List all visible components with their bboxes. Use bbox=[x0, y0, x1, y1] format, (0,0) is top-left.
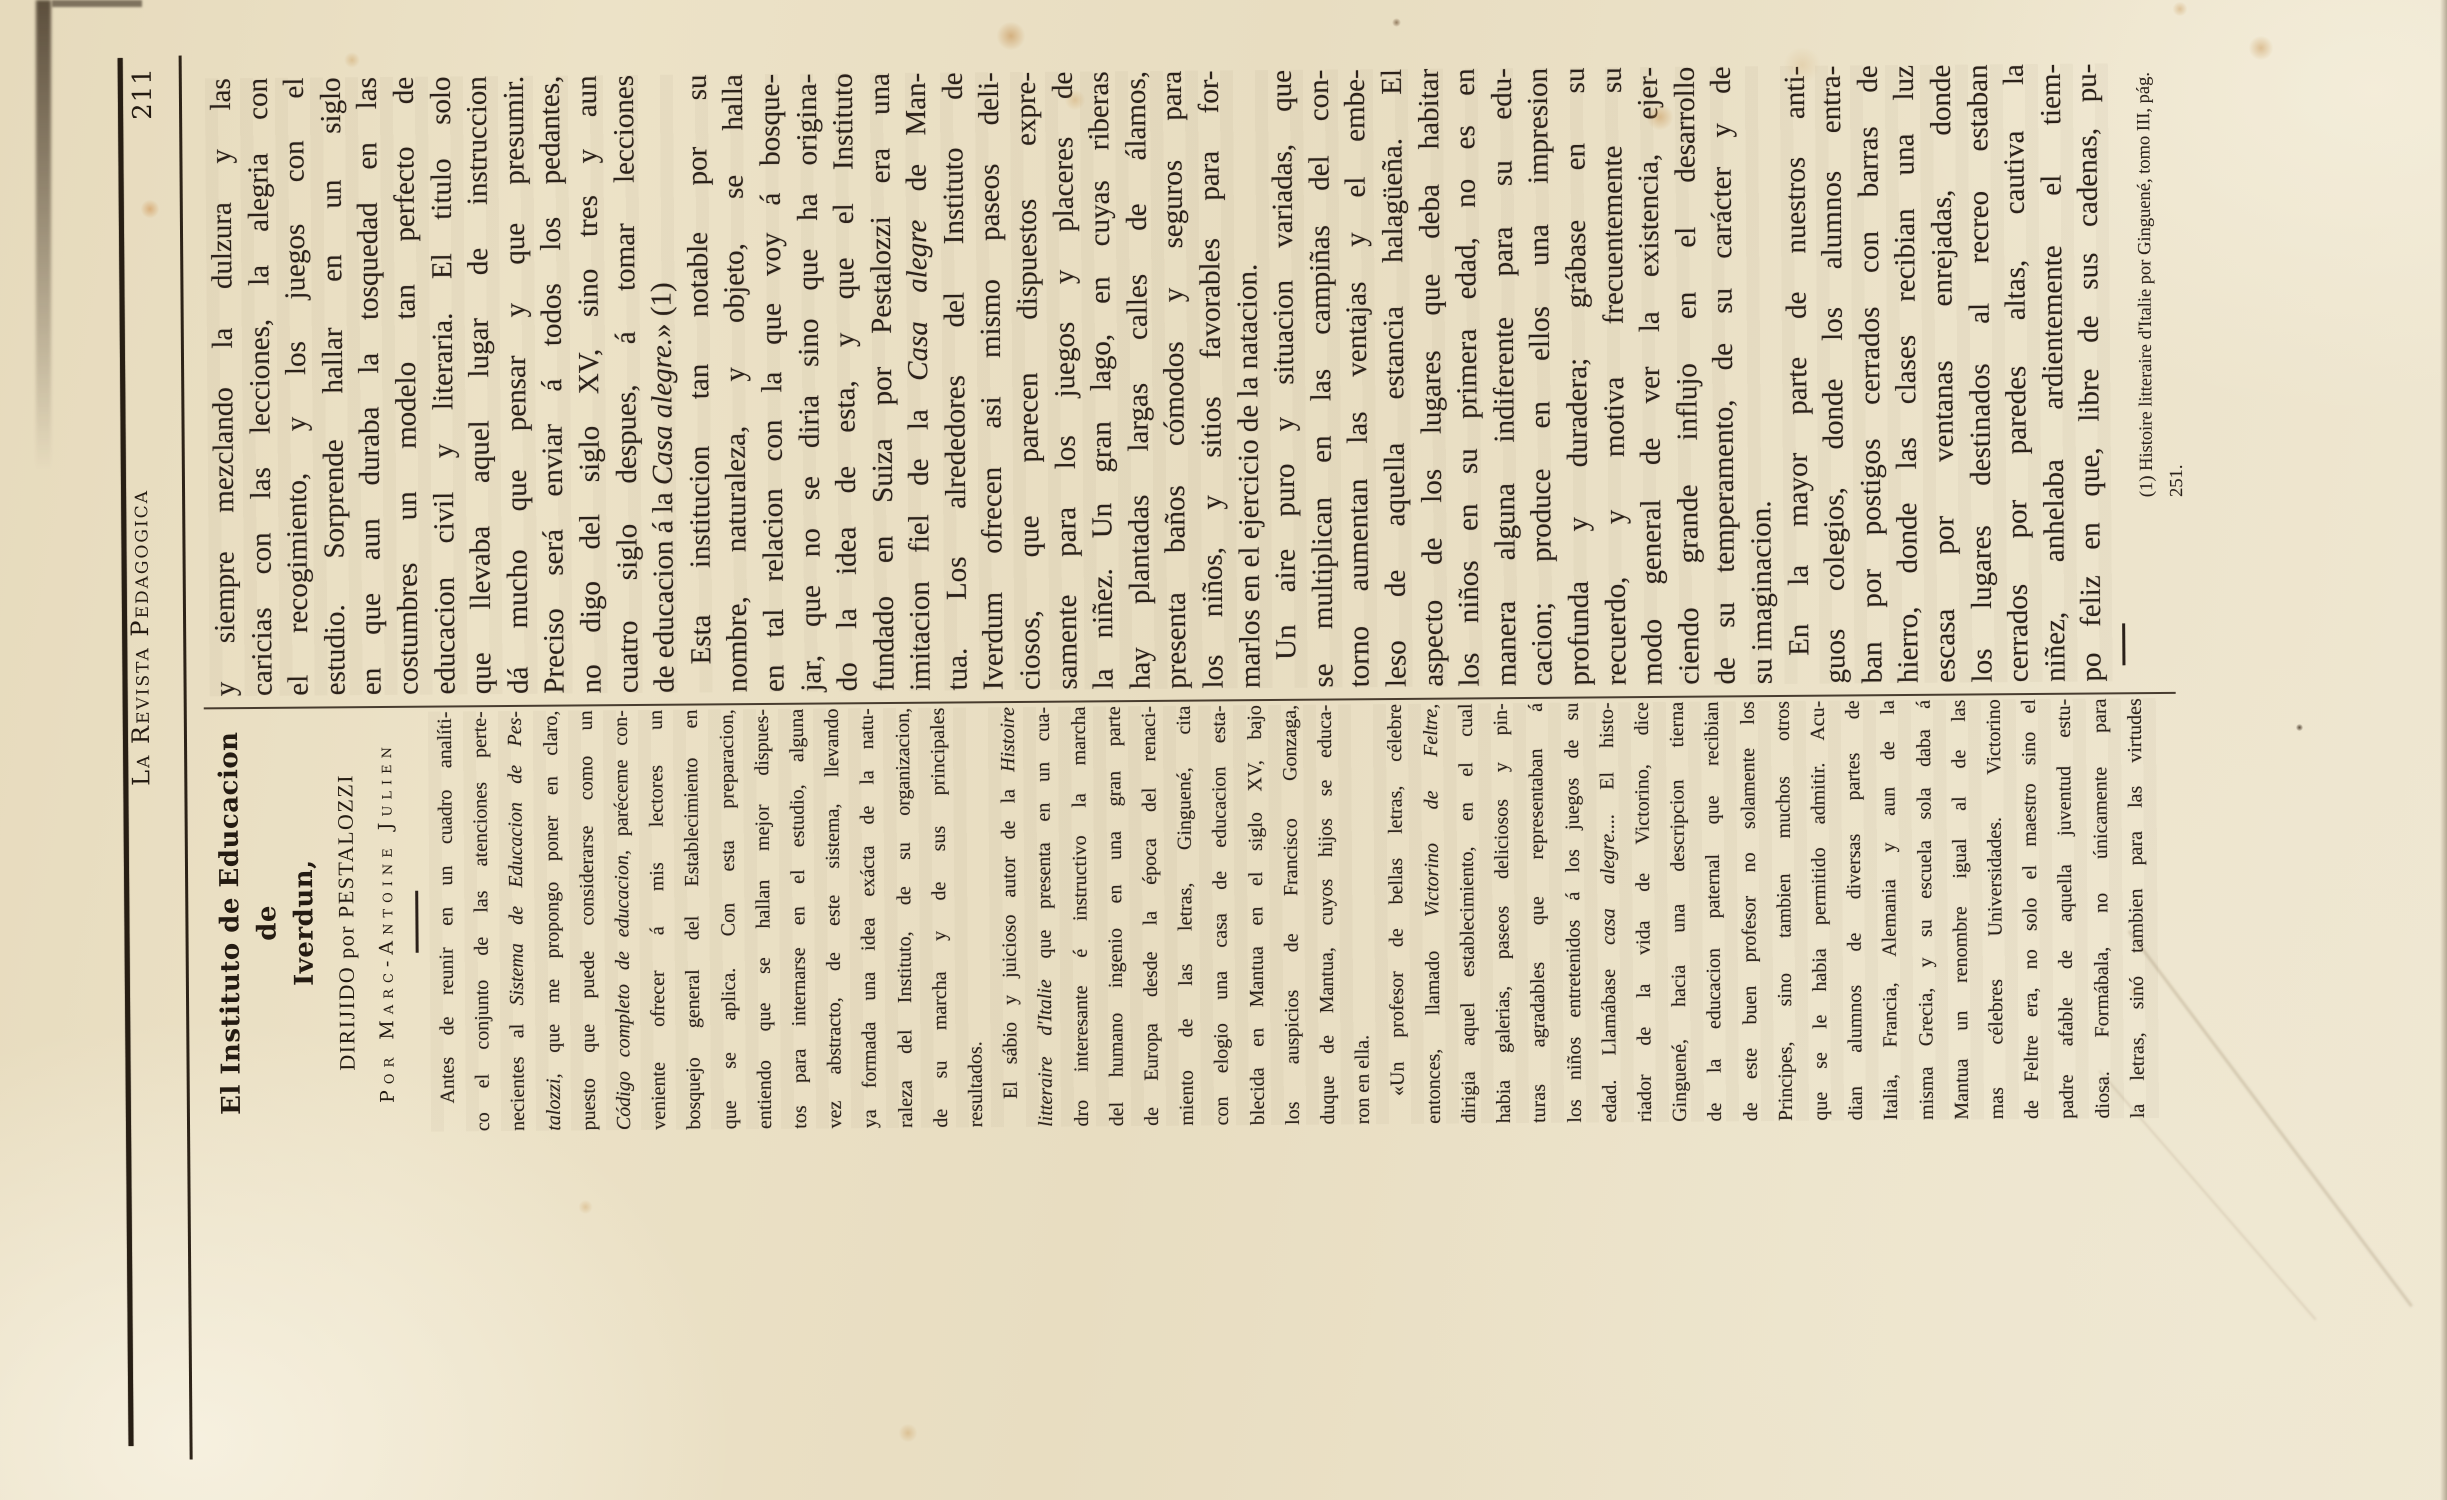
text-line: do la idea de esta, y que el Instituto bbox=[825, 73, 866, 691]
text-line: de su marcha y de sus principales bbox=[921, 707, 960, 1127]
text-line: estudio. Sorprende hallar en un siglo bbox=[313, 77, 354, 695]
text-line: Preciso será enviar á todos los pedantes… bbox=[532, 76, 573, 694]
text-line: puesto que puede considerarse como un bbox=[569, 710, 608, 1130]
right-column-lines: y siempre mezclando la dulzura y lascari… bbox=[203, 63, 2111, 696]
text-line: de Feltre era, no solo el maestro sino e… bbox=[2012, 699, 2051, 1119]
text-line: En la mayor parte de nuestros anti- bbox=[1776, 66, 1817, 684]
text-line: ciosos, que parecen dispuestos expre- bbox=[1008, 72, 1049, 690]
text-line: blecida en Mantua en el siglo XV, bajo bbox=[1237, 705, 1276, 1125]
text-line: se multiplican en las campiñas del con- bbox=[1301, 69, 1342, 687]
page-number: 211 bbox=[128, 67, 158, 120]
text-line: de la educacion paternal que recibian bbox=[1695, 701, 1734, 1121]
text-line: recuerdo, y motiva frecuentemente su bbox=[1593, 67, 1634, 685]
text-line: del humano ingenio en una gran parte bbox=[1097, 706, 1136, 1126]
text-line: cerrados por paredes altas, cautiva la bbox=[1996, 64, 2037, 682]
text-line: los niños entretenidos á los juegos de s… bbox=[1554, 703, 1593, 1123]
text-line: duque de Mantua, cuyos hijos se educa- bbox=[1308, 704, 1347, 1124]
text-line: dian alumnos de diversas partes de bbox=[1836, 700, 1875, 1120]
text-line: Principes, sino tambien muchos otros bbox=[1765, 701, 1804, 1121]
scanned-page: La Revista Pedagogica 211 El Instituto d… bbox=[0, 0, 2447, 1500]
text-line: el recogimiento, y los juegos con el bbox=[276, 78, 317, 696]
text-line: con elogio una casa de educacion esta- bbox=[1202, 705, 1241, 1125]
text-line: profunda y duradera; grábase en su bbox=[1557, 67, 1598, 685]
text-line: vez abstracto, de este sistema, llevando bbox=[815, 708, 854, 1128]
text-line: de Europa desde la época del renaci- bbox=[1132, 706, 1171, 1126]
text-line: caricias con las lecciones, la alegria c… bbox=[239, 78, 280, 696]
text-line: bosquejo general del Establecimiento en bbox=[674, 709, 713, 1129]
text-line: que se aplica. Con esta preparacion, bbox=[709, 709, 748, 1129]
text-line: hierro, donde las clases recibian una lu… bbox=[1886, 65, 1927, 683]
article-title-line1: El Instituto de Educacion de bbox=[211, 713, 288, 1134]
text-line: Código completo de educacion, paréceme c… bbox=[604, 710, 643, 1130]
text-line: co el conjunto de las atenciones perte- bbox=[463, 711, 502, 1131]
text-line: ya formada una idea exácta de la natu- bbox=[850, 708, 889, 1128]
text-line: Un aire puro y situacion variadas, que bbox=[1264, 70, 1305, 688]
text-line: de su temperamento, de su carácter y de bbox=[1703, 66, 1744, 684]
text-line: habia galerias, paseos deliciosos y pin- bbox=[1484, 703, 1523, 1123]
text-line: Ginguené, hacia una descripcion tierna bbox=[1660, 702, 1699, 1122]
text-line: Esta institucion tan notable por su bbox=[679, 74, 720, 692]
text-line: dro interesante é instructivo la marcha bbox=[1061, 706, 1100, 1126]
text-line: entonces, llamado Victorino de Feltre, bbox=[1413, 704, 1452, 1124]
text-line: «Un profesor de bellas letras, célebre bbox=[1378, 704, 1417, 1124]
text-line: cacion; produce en ellos una impresion bbox=[1520, 68, 1561, 686]
text-line: turas agradables que representaban á bbox=[1519, 703, 1558, 1123]
text-line: samente para los juegos y placeres de bbox=[1044, 71, 1085, 689]
text-line: riador de la vida de Victorino, dice bbox=[1625, 702, 1664, 1122]
text-line: misma Grecia, y su escuela sola daba á bbox=[1906, 700, 1945, 1120]
journal-title: La Revista Pedagogica bbox=[125, 466, 156, 786]
page-edge-shadow-right bbox=[2440, 0, 2447, 1500]
text-line: niñez, anhelaba ardientemente el tiem- bbox=[2032, 64, 2073, 682]
page-edge-shadow-top bbox=[52, 0, 142, 7]
text-line: ron en ella. bbox=[1343, 704, 1382, 1124]
text-line: nombre, naturaleza, y objeto, se halla bbox=[715, 74, 756, 692]
text-line: y siempre mezclando la dulzura y las bbox=[203, 78, 244, 696]
text-line: Iverdum ofrecen asi mismo paseos deli- bbox=[971, 72, 1012, 690]
text-line: costumbres un modelo tan perfecto de bbox=[386, 77, 427, 695]
text-line: raleza del Instituto, de su organizacion… bbox=[885, 708, 924, 1128]
text-line: cuatro siglo despues, á tomar lecciones bbox=[605, 75, 646, 693]
text-line: resultados. bbox=[956, 707, 995, 1127]
text-line: leso de aquella estancia halagüeña. El bbox=[1374, 69, 1415, 687]
text-line: en tal relacion con la que voy á bosque- bbox=[752, 74, 793, 692]
text-line: tua. Los alrededores del Instituto de bbox=[935, 72, 976, 690]
text-line: El sábio y juicioso autor de la Histoire bbox=[991, 707, 1030, 1127]
text-line: aspecto de los lugares que deba habitar bbox=[1410, 69, 1451, 687]
article-title-line2: Iverdun, bbox=[285, 712, 325, 1132]
text-line: litteraire d'Italie que presenta en un c… bbox=[1026, 707, 1065, 1127]
text-line: talozzi, que me propongo poner en claro, bbox=[533, 711, 572, 1131]
text-line: presenta baños cómodos y seguros para bbox=[1154, 71, 1195, 689]
text-line: fundado en Suiza por Pestalozzi era una bbox=[861, 73, 902, 691]
text-line: padre afable de aquella juventud estu- bbox=[2047, 699, 2086, 1119]
footnote: (1) Histoire litteraire d'Italie por Gin… bbox=[2129, 63, 2192, 497]
text-line: dirigia aquel establecimiento, en el cua… bbox=[1449, 703, 1488, 1123]
text-line: la letras, sinó tambien para las virtude… bbox=[2117, 698, 2156, 1118]
text-line: Antes de reunir en un cuadro analíti- bbox=[428, 711, 467, 1131]
text-line: no digo del siglo XV, sino tres y aun bbox=[569, 75, 610, 693]
text-line: veniente ofrecer á mis lectores un bbox=[639, 710, 678, 1130]
text-line: Mantua un renombre igual al de las bbox=[1941, 699, 1980, 1119]
text-line: marlos en el ejercicio de la natacion. bbox=[1227, 70, 1268, 688]
text-line: imitacion fiel de la Casa alegre de Man- bbox=[898, 73, 939, 691]
text-line: torno aumentan las ventajas y el embe- bbox=[1337, 69, 1378, 687]
text-line: los lugares destinados al recreo estaban bbox=[1959, 64, 2000, 682]
text-line: mas célebres Universidades. Victorino bbox=[1977, 699, 2016, 1119]
text-line: que llevaba aquel lugar de instruccion bbox=[459, 76, 500, 694]
text-line: los niños, y sitios favorables para for- bbox=[1191, 70, 1232, 688]
text-line: los niños en su primera edad, no es en bbox=[1447, 68, 1488, 686]
scanned-document: { "colors": { "paper": "#eadfc5", "ink":… bbox=[0, 0, 2447, 1500]
text-line: edad. Llamábase casa alegre.... El histo… bbox=[1589, 702, 1628, 1122]
text-line: escasa por ventanas enrejadas, donde bbox=[1923, 65, 1964, 683]
article-byline: Por Marc-Antoine Julien bbox=[374, 712, 399, 1132]
right-column: y siempre mezclando la dulzura y lascari… bbox=[203, 63, 2194, 697]
text-line: dá mucho que pensar y que presumir. bbox=[496, 76, 537, 694]
text-line: jar, que no se diria sino que ha origina… bbox=[788, 74, 829, 692]
text-line: modo general de ver la existencia, ejer- bbox=[1630, 67, 1671, 685]
text-line: tos para internarse en el estudio, algun… bbox=[780, 709, 819, 1129]
text-line: necientes al Sistema de Educacion de Pes… bbox=[498, 711, 537, 1131]
left-column: Antes de reunir en un cuadro analíti-co … bbox=[428, 698, 2156, 1132]
text-line: de educacion á la Casa alegre.» (1) bbox=[642, 75, 683, 693]
text-line: en que aun duraba la tosquedad en las bbox=[349, 77, 390, 695]
text-line: de este buen profesor no solamente los bbox=[1730, 701, 1769, 1121]
page-edge-shadow-left bbox=[36, 0, 51, 470]
text-line: que se le habia permitido admitir. Acu- bbox=[1801, 701, 1840, 1121]
text-line: ban por postigos cerrados con barras de bbox=[1849, 65, 1890, 683]
title-rule bbox=[415, 891, 418, 953]
text-line: manera alguna indiferente para su edu- bbox=[1484, 68, 1525, 686]
article-title-block: El Instituto de Educacion de Iverdun, DI… bbox=[211, 712, 420, 1134]
text-line: educacion civil y literaria. El titulo s… bbox=[422, 76, 463, 694]
text-line: miento de las letras, Ginguené, cita bbox=[1167, 706, 1206, 1126]
text-line: diosa. Formábala, no únicamente para bbox=[2082, 698, 2121, 1118]
text-line: su imaginacion. bbox=[1740, 66, 1781, 684]
text-line: los auspicios de Francisco Gonzaga, bbox=[1273, 705, 1312, 1125]
text-line: Italia, Francia, Alemania y aun de la bbox=[1871, 700, 1910, 1120]
text-line: la niñez. Un gran lago, en cuyas riberas bbox=[1081, 71, 1122, 689]
text-line: entiendo que se hallan mejor dispues- bbox=[745, 709, 784, 1129]
text-line: hay plantadas largas calles de álamos, bbox=[1118, 71, 1159, 689]
header-rule-thin bbox=[179, 56, 193, 1460]
article-subtitle: DIRIJIDO por PESTALOZZI bbox=[330, 712, 363, 1132]
footnote-separator bbox=[2122, 623, 2125, 665]
text-line: ciendo grande influjo en el desarrollo bbox=[1667, 67, 1708, 685]
text-line: po feliz en que, libre de sus cadenas, p… bbox=[2069, 63, 2110, 681]
text-line: guos colegios, donde los alumnos entra- bbox=[1813, 65, 1854, 683]
